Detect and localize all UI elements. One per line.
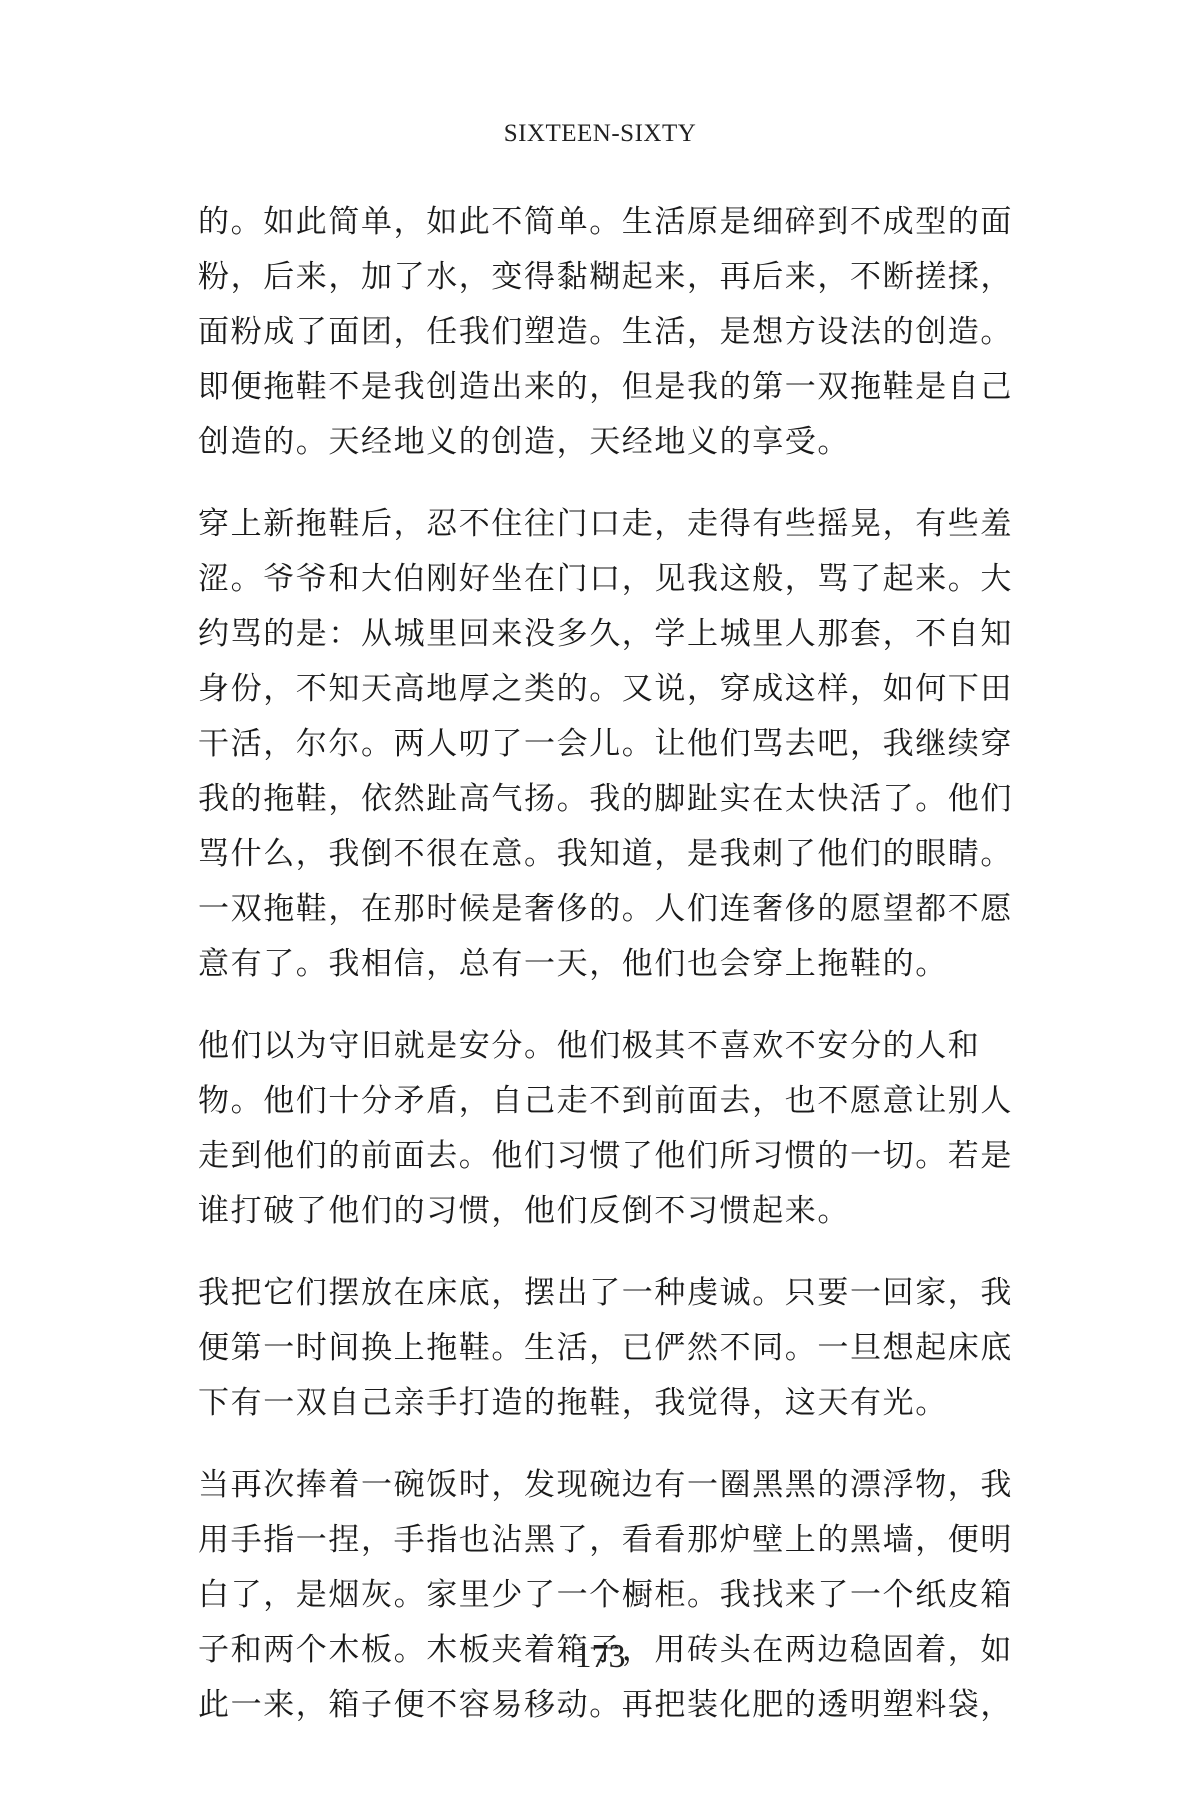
text-line: 干活，尔尔。两人叨了一会儿。让他们骂去吧，我继续穿 (198, 717, 1006, 772)
text-line: 谁打破了他们的习惯，他们反倒不习惯起来。 (198, 1184, 1006, 1239)
body-text: 的。如此简单，如此不简单。生活原是细碎到不成型的面 粉，后来，加了水，变得黏糊起… (198, 195, 1006, 1760)
text-line: 我的拖鞋，依然趾高气扬。我的脚趾实在太快活了。他们 (198, 772, 1006, 827)
text-line: 创造的。天经地义的创造，天经地义的享受。 (198, 415, 1006, 470)
text-line: 便第一时间换上拖鞋。生活，已俨然不同。一旦想起床底 (198, 1321, 1006, 1376)
text-line: 意有了。我相信，总有一天，他们也会穿上拖鞋的。 (198, 937, 1006, 992)
text-line: 粉，后来，加了水，变得黏糊起来，再后来，不断搓揉， (198, 250, 1006, 305)
paragraph-1: 的。如此简单，如此不简单。生活原是细碎到不成型的面 粉，后来，加了水，变得黏糊起… (198, 195, 1006, 470)
text-line: 即便拖鞋不是我创造出来的，但是我的第一双拖鞋是自己 (198, 360, 1006, 415)
text-line: 下有一双自己亲手打造的拖鞋，我觉得，这天有光。 (198, 1376, 1006, 1431)
paragraph-3: 他们以为守旧就是安分。他们极其不喜欢不安分的人和 物。他们十分矛盾，自己走不到前… (198, 1019, 1006, 1239)
text-line: 面粉成了面团，任我们塑造。生活，是想方设法的创造。 (198, 305, 1006, 360)
running-head: SIXTEEN-SIXTY (0, 120, 1200, 148)
text-line: 骂什么，我倒不很在意。我知道，是我刺了他们的眼睛。 (198, 827, 1006, 882)
text-line: 他们以为守旧就是安分。他们极其不喜欢不安分的人和 (198, 1019, 1006, 1074)
text-line: 白了，是烟灰。家里少了一个橱柜。我找来了一个纸皮箱 (198, 1568, 1006, 1623)
text-line: 我把它们摆放在床底，摆出了一种虔诚。只要一回家，我 (198, 1266, 1006, 1321)
text-line: 用手指一捏，手指也沾黑了，看看那炉壁上的黑墙，便明 (198, 1513, 1006, 1568)
text-line: 物。他们十分矛盾，自己走不到前面去，也不愿意让别人 (198, 1074, 1006, 1129)
paragraph-4: 我把它们摆放在床底，摆出了一种虔诚。只要一回家，我 便第一时间换上拖鞋。生活，已… (198, 1266, 1006, 1431)
page-number: 173 (0, 1638, 1200, 1676)
text-line: 身份，不知天高地厚之类的。又说，穿成这样，如何下田 (198, 662, 1006, 717)
text-line: 穿上新拖鞋后，忍不住往门口走，走得有些摇晃，有些羞 (198, 497, 1006, 552)
paragraph-5: 当再次捧着一碗饭时，发现碗边有一圈黑黑的漂浮物，我 用手指一捏，手指也沾黑了，看… (198, 1458, 1006, 1733)
text-line: 的。如此简单，如此不简单。生活原是细碎到不成型的面 (198, 195, 1006, 250)
text-line: 一双拖鞋，在那时候是奢侈的。人们连奢侈的愿望都不愿 (198, 882, 1006, 937)
paragraph-2: 穿上新拖鞋后，忍不住往门口走，走得有些摇晃，有些羞 涩。爷爷和大伯刚好坐在门口，… (198, 497, 1006, 992)
text-line: 当再次捧着一碗饭时，发现碗边有一圈黑黑的漂浮物，我 (198, 1458, 1006, 1513)
text-line: 走到他们的前面去。他们习惯了他们所习惯的一切。若是 (198, 1129, 1006, 1184)
text-line: 涩。爷爷和大伯刚好坐在门口，见我这般，骂了起来。大 (198, 552, 1006, 607)
text-line: 约骂的是：从城里回来没多久，学上城里人那套，不自知 (198, 607, 1006, 662)
text-line: 此一来，箱子便不容易移动。再把装化肥的透明塑料袋， (198, 1678, 1006, 1733)
